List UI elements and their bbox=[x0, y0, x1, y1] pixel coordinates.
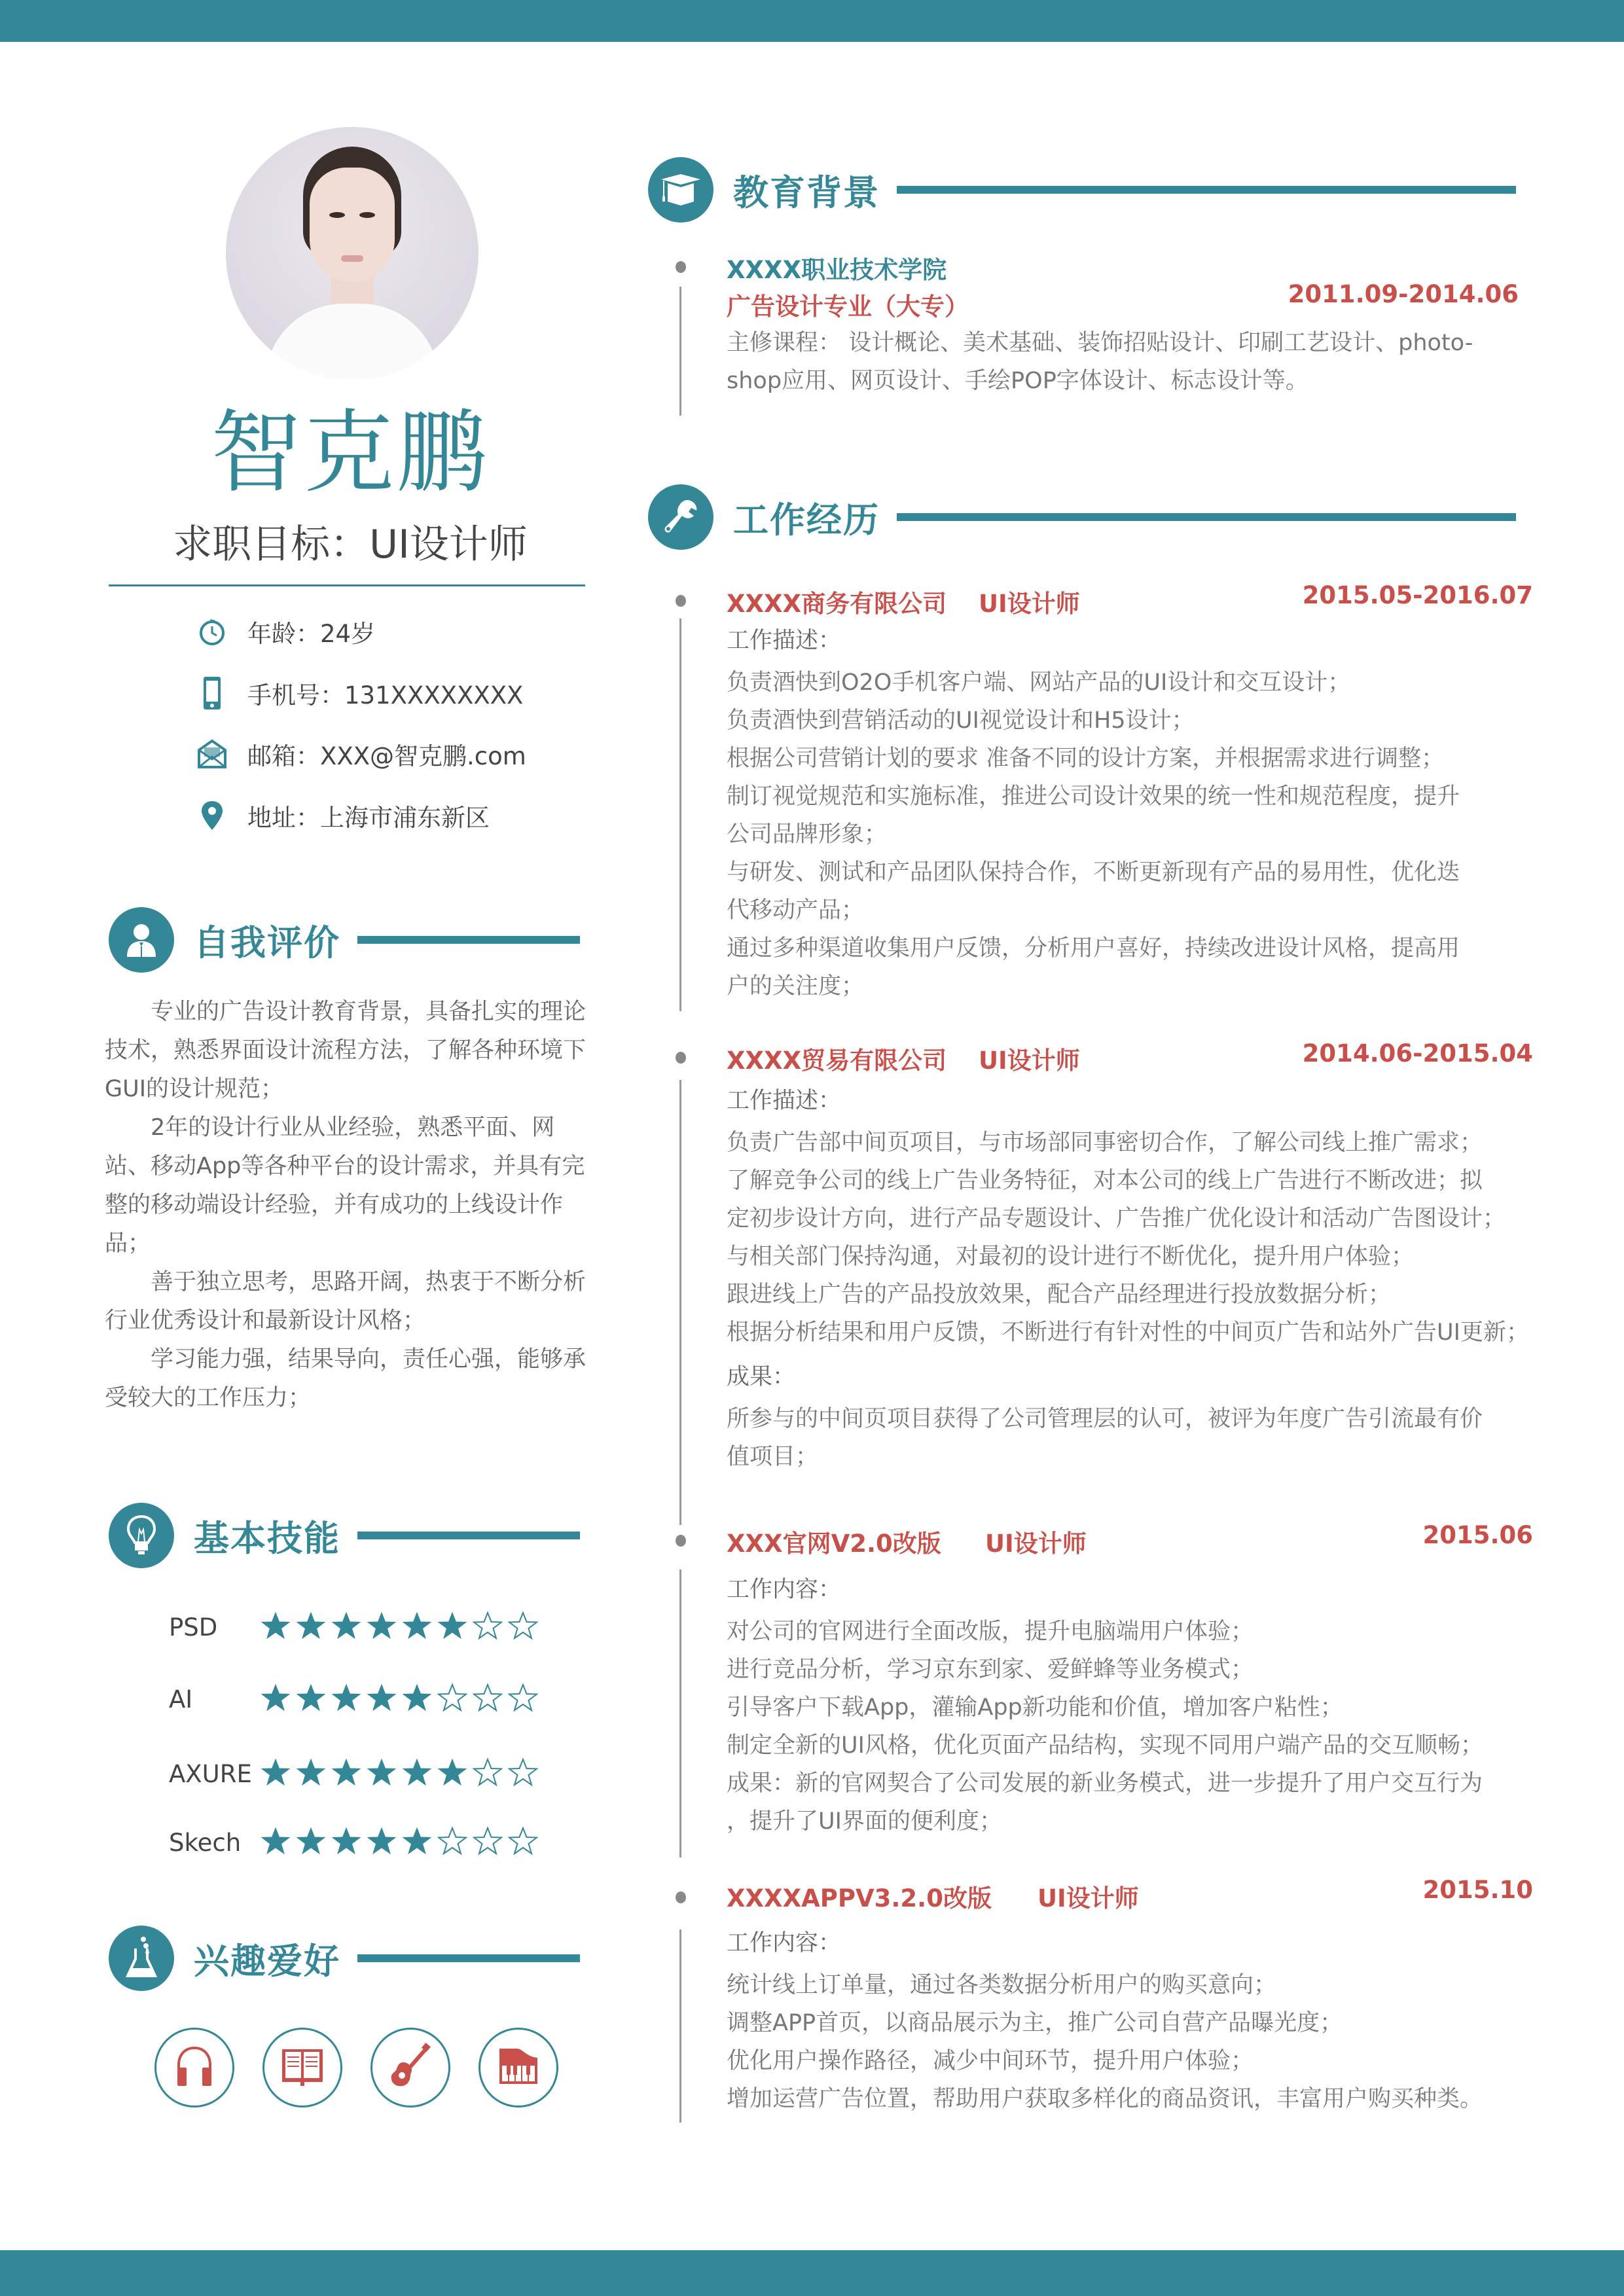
mail-icon bbox=[194, 736, 230, 772]
star-filled-icon bbox=[261, 1826, 291, 1859]
phone-icon bbox=[194, 675, 230, 711]
star-filled-icon bbox=[296, 1757, 326, 1790]
description-label: 工作描述： bbox=[727, 1082, 1578, 1120]
major: 广告设计专业（大专） bbox=[727, 287, 969, 322]
description-line: 与相关部门保持沟通，对最初的设计进行不断优化，提升用户体验； bbox=[727, 1238, 1578, 1276]
section-rule bbox=[897, 513, 1516, 521]
hobby-reading bbox=[262, 2028, 342, 2108]
star-empty-icon bbox=[473, 1683, 503, 1715]
timeline-line bbox=[679, 1080, 681, 1525]
timeline-line bbox=[679, 619, 681, 1011]
section-header-skills: 基本技能 bbox=[109, 1503, 580, 1568]
timeline-line bbox=[679, 1929, 681, 2123]
star-empty-icon bbox=[508, 1683, 538, 1715]
skill-row: PSD bbox=[169, 1607, 588, 1647]
self-eval-paragraph: 善于独立思考，思路开阔，热衷于不断分析行业优秀设计和最新设计风格； bbox=[105, 1263, 589, 1340]
content-line: 对公司的官网进行全面改版，提升电脑端用户体验； bbox=[727, 1613, 1578, 1651]
bottom-banner bbox=[0, 2250, 1624, 2296]
timeline-dot bbox=[676, 1892, 686, 1903]
result-line: 值项目； bbox=[727, 1438, 1578, 1476]
wrench-icon bbox=[648, 484, 713, 550]
top-banner bbox=[0, 0, 1624, 42]
section-header-hobbies: 兴趣爱好 bbox=[109, 1926, 580, 1991]
star-empty-icon bbox=[508, 1757, 538, 1790]
skill-rating bbox=[261, 1826, 538, 1859]
content-line: 统计线上订单量，通过各类数据分析用户的购买意向； bbox=[727, 1966, 1578, 2004]
description-line: 了解竞争公司的线上广告业务特征，对本公司的线上广告进行不断改进；拟 bbox=[727, 1162, 1578, 1200]
section-title: 基本技能 bbox=[194, 1511, 340, 1561]
star-filled-icon bbox=[437, 1757, 467, 1790]
company-name: XXXX商务有限公司 bbox=[727, 584, 947, 619]
skill-row: AI bbox=[169, 1679, 588, 1719]
star-filled-icon bbox=[402, 1826, 432, 1859]
job-description: 工作内容： 统计线上订单量，通过各类数据分析用户的购买意向； 调整APP首页，以… bbox=[727, 1924, 1578, 2118]
star-filled-icon bbox=[331, 1826, 361, 1859]
section-title: 教育背景 bbox=[733, 165, 880, 215]
book-icon bbox=[280, 2045, 325, 2090]
location-pin-icon bbox=[194, 797, 230, 834]
section-rule bbox=[897, 186, 1516, 194]
star-empty-icon bbox=[508, 1826, 538, 1859]
job-role: UI设计师 bbox=[1038, 1878, 1139, 1914]
star-filled-icon bbox=[331, 1611, 361, 1643]
hobby-guitar bbox=[370, 2028, 450, 2108]
star-filled-icon bbox=[367, 1826, 397, 1859]
info-address: 地址：上海市浦东新区 bbox=[194, 796, 652, 835]
divider bbox=[109, 584, 585, 586]
hobby-piano bbox=[478, 2028, 558, 2108]
self-evaluation-text: 专业的广告设计教育背景，具备扎实的理论技术，熟悉界面设计流程方法，了解各种环境下… bbox=[105, 993, 589, 1418]
flask-icon bbox=[109, 1926, 174, 1991]
content-line: 调整APP首页，以商品展示为主，推广公司自营产品曝光度； bbox=[727, 2004, 1578, 2042]
star-filled-icon bbox=[261, 1683, 291, 1715]
section-rule bbox=[357, 936, 580, 944]
description-line: 负责酒快到营销活动的UI视觉设计和H5设计； bbox=[727, 702, 1578, 740]
star-filled-icon bbox=[296, 1683, 326, 1715]
timeline-line bbox=[679, 1570, 681, 1857]
description-line: 与研发、测试和产品团队保持合作，不断更新现有产品的易用性，优化迭 bbox=[727, 853, 1578, 891]
skill-name: AI bbox=[169, 1685, 261, 1713]
content-label: 工作内容： bbox=[727, 1924, 1578, 1962]
job-description: 工作描述： 负责广告部中间页项目，与市场部同事密切合作，了解公司线上推广需求； … bbox=[727, 1082, 1578, 1476]
star-filled-icon bbox=[402, 1757, 432, 1790]
job-description: 工作描述： 负责酒快到O2O手机客户端、网站产品的UI设计和交互设计； 负责酒快… bbox=[727, 622, 1578, 1005]
job-date: 2015.05-2016.07 bbox=[1244, 581, 1533, 609]
skill-name: AXURE bbox=[169, 1760, 261, 1788]
timeline-dot bbox=[676, 1535, 686, 1547]
courses: 主修课程： 设计概论、美术基础、装饰招贴设计、印刷工艺设计、photo- sho… bbox=[727, 324, 1578, 400]
star-filled-icon bbox=[402, 1683, 432, 1715]
info-phone: 手机号：131XXXXXXXX bbox=[194, 673, 652, 713]
section-title: 兴趣爱好 bbox=[194, 1933, 340, 1984]
avatar-shirt bbox=[265, 304, 439, 380]
skill-name: Skech bbox=[169, 1829, 261, 1857]
content-label: 工作内容： bbox=[727, 1571, 1578, 1609]
education-date: 2011.09-2014.06 bbox=[1244, 280, 1519, 308]
content-line: 优化用户操作路径，减少中间环节，提升用户体验； bbox=[727, 2042, 1578, 2080]
company-name: XXXX贸易有限公司 bbox=[727, 1041, 947, 1076]
star-filled-icon bbox=[367, 1611, 397, 1643]
info-age: 年龄：24岁 bbox=[194, 612, 652, 651]
skill-rating bbox=[261, 1611, 538, 1643]
section-rule bbox=[357, 1954, 580, 1962]
job-objective: 求职目标：UI设计师 bbox=[0, 517, 700, 572]
job-description: 工作内容： 对公司的官网进行全面改版，提升电脑端用户体验； 进行竞品分析，学习京… bbox=[727, 1571, 1578, 1840]
star-filled-icon bbox=[367, 1683, 397, 1715]
job-date: 2015.10 bbox=[1244, 1876, 1533, 1904]
skill-name: PSD bbox=[169, 1613, 261, 1641]
description-line: 代移动产品； bbox=[727, 891, 1578, 929]
star-filled-icon bbox=[296, 1826, 326, 1859]
description-line: 公司品牌形象； bbox=[727, 816, 1578, 853]
avatar-lips bbox=[341, 255, 363, 262]
star-filled-icon bbox=[367, 1757, 397, 1790]
self-eval-paragraph: 学习能力强，结果导向，责任心强，能够承受较大的工作压力； bbox=[105, 1340, 589, 1418]
guitar-icon bbox=[389, 2043, 432, 2092]
star-empty-icon bbox=[473, 1757, 503, 1790]
star-filled-icon bbox=[402, 1611, 432, 1643]
description-line: 根据公司营销计划的要求 准备不同的设计方案，并根据需求进行调整； bbox=[727, 740, 1578, 778]
section-rule bbox=[357, 1532, 580, 1539]
content-line: 成果：新的官网契合了公司发展的新业务模式，进一步提升了用户交互行为 bbox=[727, 1765, 1578, 1803]
section-title: 工作经历 bbox=[733, 492, 880, 543]
timeline-dot bbox=[676, 595, 686, 607]
clock-icon bbox=[194, 613, 230, 650]
result-label: 成果： bbox=[727, 1358, 1578, 1396]
star-empty-icon bbox=[437, 1826, 467, 1859]
description-line: 户的关注度； bbox=[727, 967, 1578, 1005]
self-eval-paragraph: 专业的广告设计教育背景，具备扎实的理论技术，熟悉界面设计流程方法，了解各种环境下… bbox=[105, 993, 589, 1109]
courses-line: 主修课程： 设计概论、美术基础、装饰招贴设计、印刷工艺设计、photo- bbox=[727, 324, 1578, 362]
job-role: UI设计师 bbox=[979, 1041, 1080, 1076]
star-filled-icon bbox=[261, 1611, 291, 1643]
candidate-name: 智克鹏 bbox=[0, 401, 700, 505]
star-empty-icon bbox=[437, 1683, 467, 1715]
skill-row: Skech bbox=[169, 1823, 588, 1862]
section-title: 自我评价 bbox=[194, 915, 340, 965]
avatar-eye bbox=[329, 212, 345, 218]
job-date: 2015.06 bbox=[1244, 1521, 1533, 1549]
avatar-face bbox=[310, 168, 395, 282]
job-role: UI设计师 bbox=[985, 1524, 1087, 1559]
graduation-cap-icon bbox=[648, 157, 713, 223]
content-line: 进行竞品分析，学习京东到家、爱鲜蜂等业务模式； bbox=[727, 1651, 1578, 1689]
section-header-education: 教育背景 bbox=[648, 157, 1516, 223]
content-line: 制定全新的UI风格，优化页面产品结构，实现不同用户端产品的交互顺畅； bbox=[727, 1727, 1578, 1765]
info-text: 手机号：131XXXXXXXX bbox=[247, 675, 523, 711]
skill-rating bbox=[261, 1683, 538, 1715]
description-line: 定初步设计方向，进行产品专题设计、广告推广优化设计和活动广告图设计； bbox=[727, 1200, 1578, 1238]
star-filled-icon bbox=[296, 1611, 326, 1643]
job-date: 2014.06-2015.04 bbox=[1244, 1039, 1533, 1067]
job-role: UI设计师 bbox=[979, 584, 1080, 619]
content-line: ，提升了UI界面的便利度； bbox=[727, 1803, 1578, 1840]
description-line: 制订视觉规范和实施标准，推进公司设计效果的统一性和规范程度，提升 bbox=[727, 778, 1578, 816]
section-header-self-eval: 自我评价 bbox=[109, 907, 580, 973]
star-empty-icon bbox=[473, 1826, 503, 1859]
description-line: 通过多种渠道收集用户反馈，分析用户喜好，持续改进设计风格，提高用 bbox=[727, 929, 1578, 967]
self-eval-paragraph: 2年的设计行业从业经验，熟悉平面、网站、移动App等各种平台的设计需求，并具有完… bbox=[105, 1109, 589, 1263]
star-empty-icon bbox=[473, 1611, 503, 1643]
description-line: 负责酒快到O2O手机客户端、网站产品的UI设计和交互设计； bbox=[727, 664, 1578, 702]
avatar bbox=[226, 127, 478, 380]
skill-row: AXURE bbox=[169, 1754, 588, 1793]
star-filled-icon bbox=[437, 1611, 467, 1643]
project-name: XXX官网V2.0改版 bbox=[727, 1524, 941, 1559]
content-line: 引导客户下载App，灌输App新功能和价值，增加客户粘性； bbox=[727, 1689, 1578, 1727]
section-header-work: 工作经历 bbox=[648, 484, 1516, 550]
timeline-dot bbox=[676, 261, 686, 273]
info-text: 地址：上海市浦东新区 bbox=[247, 798, 490, 833]
star-filled-icon bbox=[331, 1757, 361, 1790]
project-name: XXXXAPPV3.2.0改版 bbox=[727, 1878, 992, 1914]
star-empty-icon bbox=[508, 1611, 538, 1643]
skill-rating bbox=[261, 1757, 538, 1790]
description-line: 根据分析结果和用户反馈，不断进行有针对性的中间页广告和站外广告UI更新； bbox=[727, 1314, 1578, 1352]
piano-icon bbox=[497, 2046, 540, 2089]
lightbulb-icon bbox=[109, 1503, 174, 1568]
description-line: 负责广告部中间页项目，与市场部同事密切合作，了解公司线上推广需求； bbox=[727, 1124, 1578, 1162]
user-icon bbox=[109, 907, 174, 973]
description-line: 跟进线上广告的产品投放效果，配合产品经理进行投放数据分析； bbox=[727, 1276, 1578, 1314]
description-label: 工作描述： bbox=[727, 622, 1578, 660]
avatar-eye bbox=[359, 212, 375, 218]
info-email: 邮箱：XXX@智克鹏.com bbox=[194, 734, 652, 774]
courses-line: shop应用、网页设计、手绘POP字体设计、标志设计等。 bbox=[727, 362, 1578, 400]
timeline-line bbox=[679, 287, 681, 416]
result-line: 所参与的中间页项目获得了公司管理层的认可，被评为年度广告引流最有价 bbox=[727, 1400, 1578, 1438]
timeline-dot bbox=[676, 1052, 686, 1064]
hobby-music bbox=[154, 2028, 234, 2108]
school-name: XXXX职业技术学院 bbox=[727, 250, 947, 285]
info-text: 年龄：24岁 bbox=[247, 614, 375, 649]
headphones-icon bbox=[175, 2045, 214, 2090]
star-filled-icon bbox=[261, 1757, 291, 1790]
info-text: 邮箱：XXX@智克鹏.com bbox=[247, 736, 526, 772]
star-filled-icon bbox=[331, 1683, 361, 1715]
content-line: 增加运营广告位置，帮助用户获取多样化的商品资讯，丰富用户购买种类。 bbox=[727, 2080, 1578, 2118]
